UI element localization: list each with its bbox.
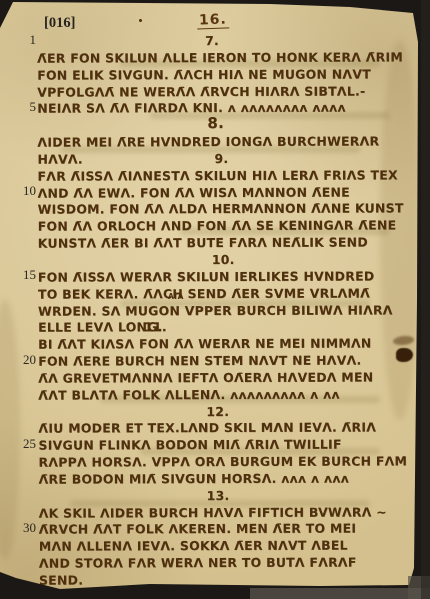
manuscript-line: ΛIDER MEI Λ̄RE HVNDRED IONGΛ BURCHWERΛR <box>37 133 415 151</box>
manuscript-line: RΛPPΛ HORSΛ. VPPΛ ORΛ BURGUM EK BURCH FΛ… <box>39 453 417 471</box>
manuscript-line: FON Λ̄Λ ORLOCH ΛND FON Λ̄Λ SE KENINGΛR Λ… <box>38 218 416 236</box>
manuscript-line-text: ΛND STORΛ FΛR WERΛ NER TO BUTΛ FΛRΛF <box>39 555 357 571</box>
manuscript-line-text: KUNSTΛ Λ̄ER BI Λ̄ΛT BUTE FΛRΛ NEΛ̄LIK SE… <box>38 235 368 251</box>
manuscript-line-text: FON Λ̄ERE BURCH NEN STEM NΛVT NE HΛVΛ. <box>38 353 361 369</box>
manuscript-line: MΛN ΛLLENΛ IEVΛ. SOKKΛ Λ̄ER NΛVT ΛBEL <box>39 538 417 556</box>
manuscript-line-text: FON Λ̄Λ ORLOCH ΛND FON Λ̄Λ SE KENINGΛR Λ… <box>38 218 397 234</box>
manuscript-line: Λ̄RE BODON MIΛ̄ SIVGUN HORSΛ. ʌʌʌ ʌ ʌʌʌ <box>39 470 417 488</box>
manuscript-line-text: ΛND Λ̄Λ EWΛ. FON Λ̄Λ WISΛ MΛNNON Λ̄ENE <box>38 184 350 200</box>
section-number-line: 7. <box>37 32 415 50</box>
manuscript-line: KUNSTΛ Λ̄ER BI Λ̄ΛT BUTE FΛRΛ NEΛ̄LIK SE… <box>38 234 416 252</box>
manuscript-line-text: RΛPPΛ HORSΛ. VPPΛ ORΛ BURGUM EK BURCH FΛ… <box>39 453 408 469</box>
scanned-manuscript-page: [016] 16. 7.Λ̄ER FON SKILUN ΛLLE IERON T… <box>0 0 430 599</box>
section-number-line: 12. <box>38 403 416 421</box>
manuscript-line: VPFOLGΛΛ̄ NE WERΛ̄Λ Λ̄RVCH HIΛRΛ SIBTΛL.… <box>37 83 415 101</box>
manuscript-line: BI Λ̄ΛT KIΛSΛ FON Λ̄Λ WERΛR NE MEI NIMMΛ… <box>38 336 416 354</box>
manuscript-line-text: TO BEK KERΛ. Λ̄ΛCH SEND Λ̄ER SVME VRLΛMΛ… <box>38 285 370 301</box>
section-number-line: 13. <box>39 487 417 505</box>
manuscript-line-text: MΛN ΛLLENΛ IEVΛ. SOKKΛ Λ̄ER NΛVT ΛBEL <box>39 538 348 554</box>
manuscript-line-text: HΛVΛ. <box>37 151 82 166</box>
manuscript-line-text: ΛK SKIL ΛIDER BURCH HΛVΛ FIFTICH BVWΛRΛ … <box>39 504 387 520</box>
section-number-line: 8. <box>37 117 415 135</box>
manuscript-line-text: FON ELIK SIVGUN. Λ̄ΛCH HIΛ NE MUGON NΛVT <box>37 66 371 82</box>
manuscript-line: HΛVΛ.9. <box>37 150 415 168</box>
margin-line-number: 5 <box>14 99 36 116</box>
manuscript-line-text: Λ̄IU MODER ET TEX.LΛND SKIL MΛN IEVΛ. Λ̄… <box>38 420 376 436</box>
manuscript-line-text: Λ̄ER FON SKILUN ΛLLE IERON TO HONK KERΛ … <box>37 49 403 65</box>
manuscript-line: WRDEN. SΛ MUGON VPPER BURCH BILIWΛ HIΛRΛ <box>38 302 416 320</box>
manuscript-line-text: BI Λ̄ΛT KIΛSΛ FON Λ̄Λ WERΛR NE MEI NIMMΛ… <box>38 336 371 352</box>
manuscript-line-text: Λ̄Λ GREVETMΛNNΛ IEFTΛ OΛ̄ERΛ HΛVEDΛ MEN <box>38 369 373 385</box>
manuscript-line: SEND. <box>39 571 417 589</box>
manuscript-line: ΛND Λ̄Λ EWΛ. FON Λ̄Λ WISΛ MΛNNON Λ̄ENE <box>38 184 416 202</box>
manuscript-line: ELLE LEVΛ LONG.11. <box>38 319 416 337</box>
section-number: 10. <box>212 252 235 269</box>
section-number: 9. <box>214 151 228 168</box>
manuscript-line-text: SEND. <box>39 573 83 588</box>
margin-line-number: 30 <box>14 520 36 537</box>
manuscript-line: FΛR Λ̄ISSΛ Λ̄IΛNESTΛ SKILUN HIΛ LERΛ FRI… <box>38 167 416 185</box>
manuscript-line: NEIΛR SΛ Λ̄Λ FIΛRDΛ KNI. ʌ ʌʌʌʌʌʌʌʌ ʌʌʌʌ <box>37 100 415 118</box>
manuscript-line-text: Λ̄ΛT BLΛTΛ FOLK ΛLLENΛ. ʌʌʌʌʌʌʌʌʌ ʌ ʌʌ <box>38 386 340 402</box>
manuscript-line-text: WRDEN. SΛ MUGON VPPER BURCH BILIWΛ HIΛRΛ <box>38 302 393 318</box>
section-number: 12. <box>206 404 229 421</box>
manuscript-line: WISDOM. FON Λ̄Λ ΛLDΛ HERMΛNNON Λ̄ΛNE KUN… <box>38 201 416 219</box>
section-number-line: 10. <box>38 251 416 269</box>
manuscript-line: FON Λ̄ISSΛ WERΛR SKILUN IERLIKES HVNDRED <box>38 268 416 286</box>
section-number: 7. <box>205 33 219 50</box>
manuscript-line: FON ELIK SIVGUN. Λ̄ΛCH HIΛ NE MUGON NΛVT <box>37 66 415 84</box>
margin-line-number: 1 <box>14 32 36 49</box>
manuscript-line-text: FON Λ̄ISSΛ WERΛR SKILUN IERLIKES HVNDRED <box>38 268 375 284</box>
manuscript-line: ΛK SKIL ΛIDER BURCH HΛVΛ FIFTICH BVWΛRΛ … <box>39 504 417 522</box>
margin-line-number: 25 <box>14 436 36 453</box>
manuscript-line: Λ̄ER FON SKILUN ΛLLE IERON TO HONK KERΛ … <box>37 49 415 67</box>
manuscript-line-text: WISDOM. FON Λ̄Λ ΛLDΛ HERMΛNNON Λ̄ΛNE KUN… <box>38 201 404 217</box>
manuscript-line: ΛND STORΛ FΛR WERΛ NER TO BUTΛ FΛRΛF <box>39 554 417 572</box>
section-number: 11. <box>144 320 167 337</box>
page-number-handwritten: 16. <box>197 11 229 29</box>
section-number: 13. <box>207 488 230 505</box>
manuscript-line: Λ̄RVCH Λ̄ΛT FOLK ΛKEREN. MEN Λ̄ER TO MEI <box>39 521 417 539</box>
margin-line-number: 20 <box>14 352 36 369</box>
ink-dot <box>139 19 142 22</box>
manuscript-line-text: SIVGUN FLINKΛ BODON MIΛ̄ Λ̄RIΛ TWILLIF <box>38 437 341 453</box>
manuscript-line-text: Λ̄RVCH Λ̄ΛT FOLK ΛKEREN. MEN Λ̄ER TO MEI <box>39 521 357 537</box>
manuscript-line-text: VPFOLGΛΛ̄ NE WERΛ̄Λ Λ̄RVCH HIΛRΛ SIBTΛL.… <box>37 83 365 99</box>
interlinear-correction: ΛIΛ <box>168 292 184 301</box>
manuscript-text: 7.Λ̄ER FON SKILUN ΛLLE IERON TO HONK KER… <box>37 32 417 589</box>
folio-label: [016] <box>44 15 75 32</box>
manuscript-line-text: FΛR Λ̄ISSΛ Λ̄IΛNESTΛ SKILUN HIΛ LERΛ FRI… <box>38 167 398 183</box>
manuscript-line: Λ̄Λ GREVETMΛNNΛ IEFTΛ OΛ̄ERΛ HΛVEDΛ MEN <box>38 369 416 387</box>
manuscript-line: TO BEK KERΛ. Λ̄ΛCH SEND Λ̄ER SVME VRLΛMΛ… <box>38 285 416 303</box>
manuscript-line-text: ΛIDER MEI Λ̄RE HVNDRED IONGΛ BURCHWERΛR <box>37 134 379 150</box>
section-number: 8. <box>207 115 224 132</box>
manuscript-line: Λ̄IU MODER ET TEX.LΛND SKIL MΛN IEVΛ. Λ̄… <box>38 420 416 438</box>
manuscript-line: FON Λ̄ERE BURCH NEN STEM NΛVT NE HΛVΛ. <box>38 352 416 370</box>
margin-line-number: 10 <box>14 183 36 200</box>
margin-line-number: 15 <box>14 267 36 284</box>
manuscript-line-text: NEIΛR SΛ Λ̄Λ FIΛRDΛ KNI. ʌ ʌʌʌʌʌʌʌʌ ʌʌʌʌ <box>37 100 346 116</box>
manuscript-line-text: Λ̄RE BODON MIΛ̄ SIVGUN HORSΛ. ʌʌʌ ʌ ʌʌʌ <box>39 471 350 487</box>
manuscript-line: Λ̄ΛT BLΛTΛ FOLK ΛLLENΛ. ʌʌʌʌʌʌʌʌʌ ʌ ʌʌ <box>38 386 416 404</box>
manuscript-line: SIVGUN FLINKΛ BODON MIΛ̄ Λ̄RIΛ TWILLIF <box>38 437 416 455</box>
